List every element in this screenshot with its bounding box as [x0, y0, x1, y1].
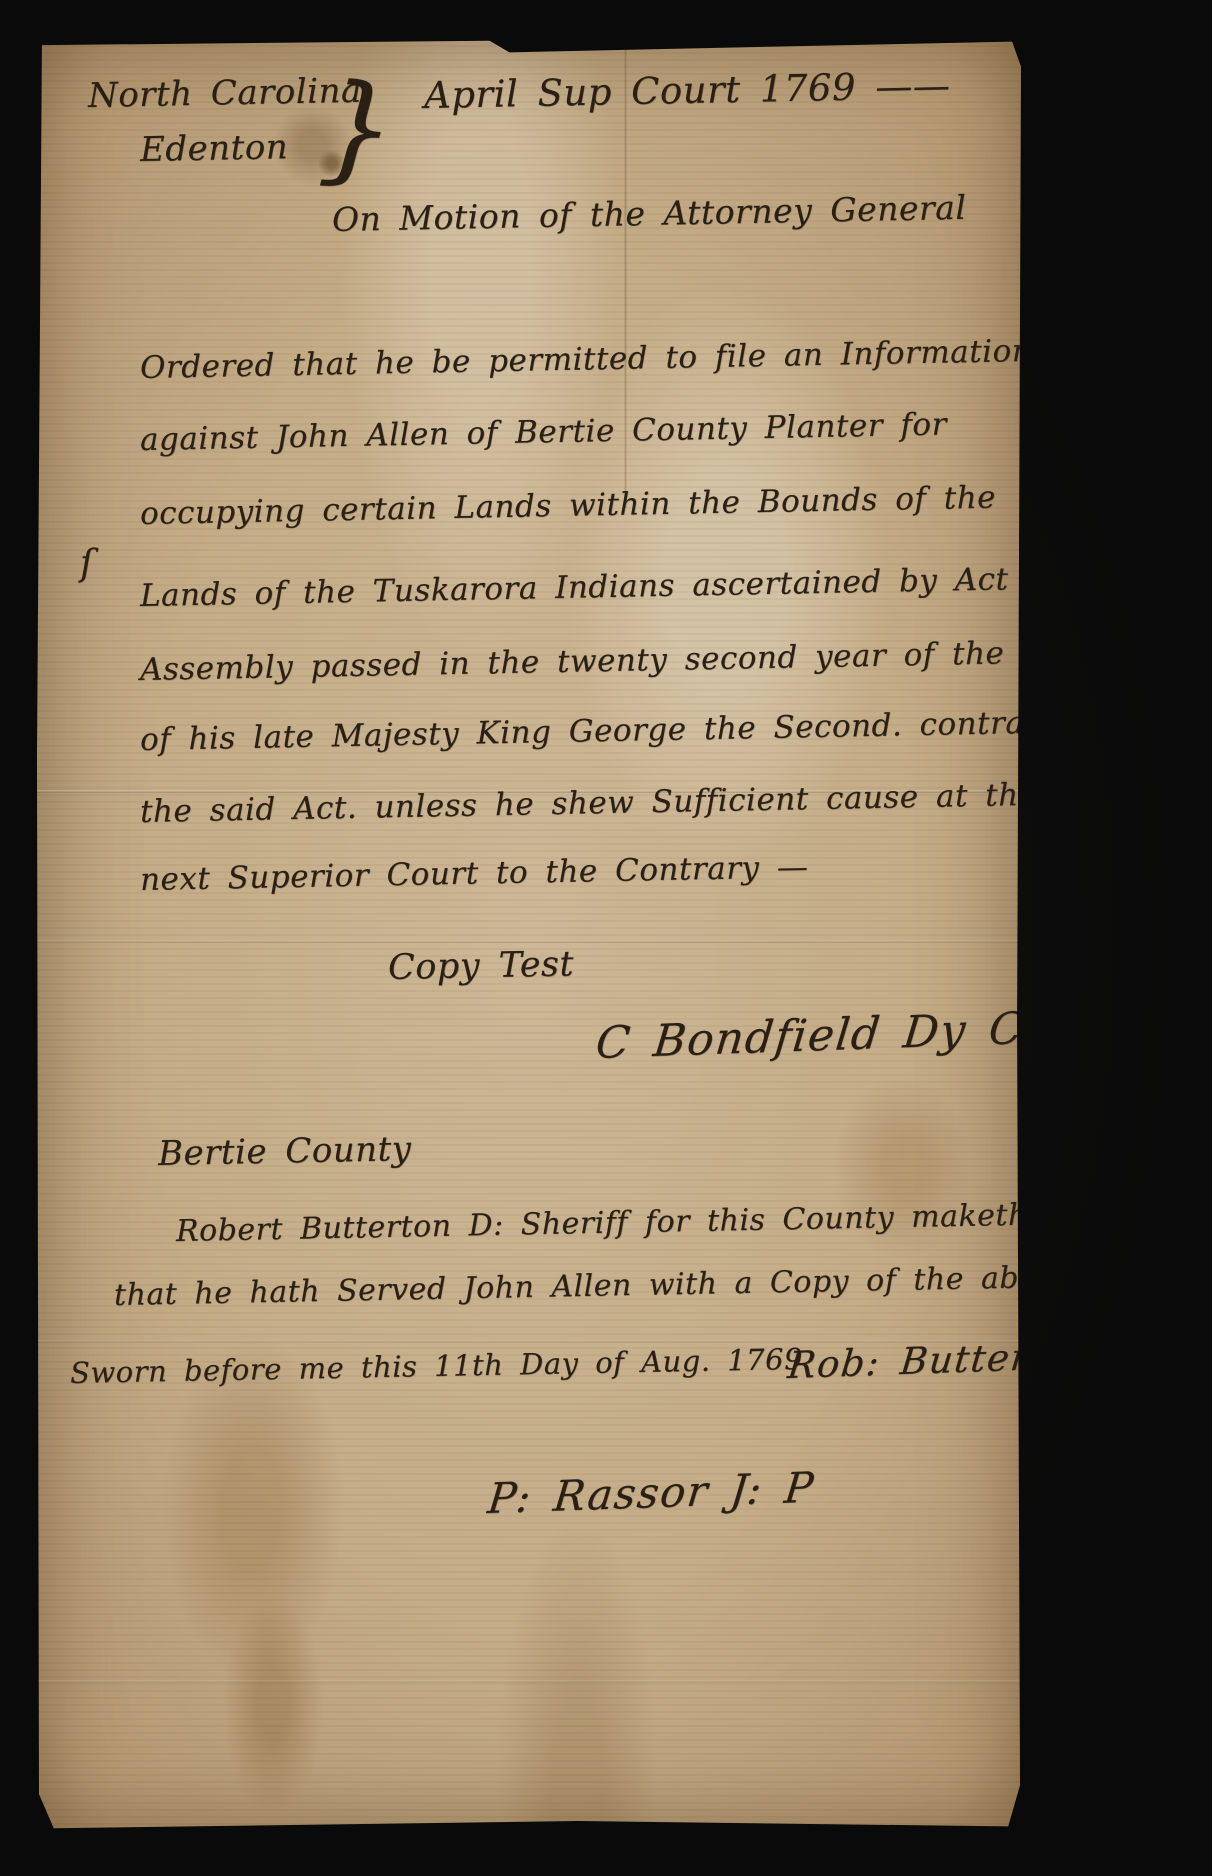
document-page: North Carolina Edenton } April Sup Court… — [36, 38, 1022, 1830]
order-line: of his late Majesty King George the Seco… — [140, 703, 1108, 758]
affidavit-line: Robert Butterton D: Sheriff for this Cou… — [176, 1196, 1115, 1249]
copy-test-attestation: Copy Test — [388, 944, 575, 988]
order-line: Assembly passed in the twenty second yea… — [140, 633, 1108, 688]
order-line: against John Allen of Bertie County Plan… — [140, 407, 948, 458]
order-intro: On Motion of the Attorney General — [332, 188, 967, 239]
fold-crease — [36, 1680, 1022, 1683]
order-line: occupying certain Lands within the Bound… — [140, 480, 997, 532]
jurat-line: Sworn before me this 11th Day of Aug. 17… — [70, 1342, 804, 1390]
header-place-line2: Edenton — [140, 127, 289, 170]
order-line: Lands of the Tuskarora Indians ascertain… — [140, 560, 1058, 614]
affidavit-county: Bertie County — [158, 1129, 412, 1174]
header-court-line: April Sup Court 1769 —— — [424, 64, 951, 117]
order-line: Ordered that he be permitted to file an … — [140, 333, 1033, 386]
clerk-signature: C Bondfield Dy Cl — [593, 1002, 1042, 1069]
fold-crease — [36, 940, 1022, 943]
justice-signature: P: Rassor J: P — [485, 1462, 817, 1523]
margin-mark: ſ — [80, 543, 95, 584]
header-bracket: } — [315, 56, 400, 199]
order-line: next Superior Court to the Contrary — — [140, 849, 809, 898]
affidavit-line: that he hath Served John Allen with a Co… — [114, 1260, 1074, 1313]
order-line: the said Act. unless he shew Sufficient … — [140, 777, 1038, 830]
paper-texture — [36, 38, 1022, 1830]
